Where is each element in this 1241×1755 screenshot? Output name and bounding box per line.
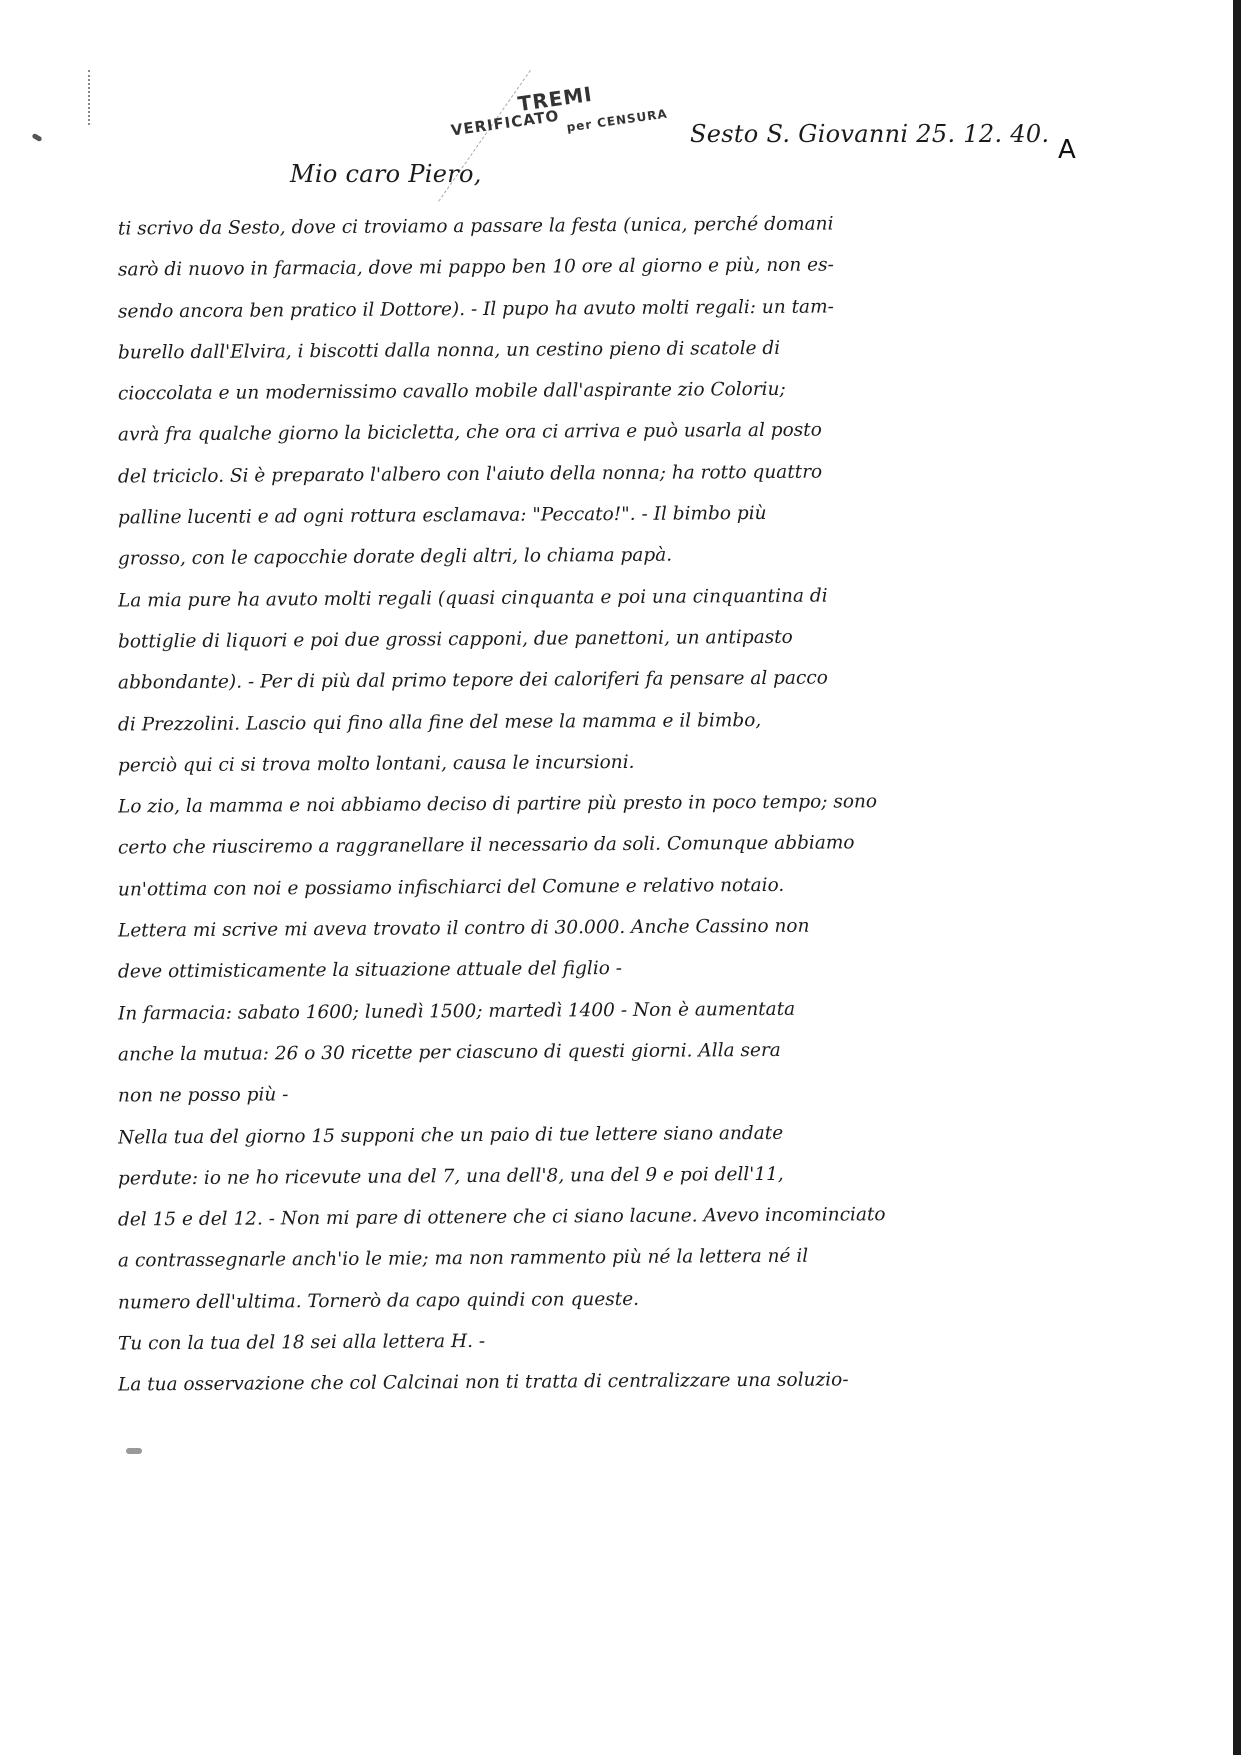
letter-line: Nella tua del giorno 15 supponi che un p… — [118, 1110, 1118, 1158]
salutation: Mio caro Piero, — [290, 160, 482, 188]
letter-line: del triciclo. Si è preparato l'albero co… — [118, 449, 1118, 497]
letter-line: certo che riusciremo a raggranellare il … — [118, 821, 1118, 869]
letter-line: avrà fra qualche giorno la bicicletta, c… — [118, 408, 1118, 456]
ink-smudge — [31, 133, 42, 142]
letter-line: bottiglie di liquori e poi due grossi ca… — [118, 614, 1118, 662]
stamp-line-3: per CENSURA — [566, 106, 669, 134]
letter-line: sendo ancora ben pratico il Dottore). - … — [118, 284, 1118, 332]
place-date: Sesto S. Giovanni 25. 12. 40. — [690, 120, 1049, 148]
ink-smudge — [126, 1448, 142, 1454]
stamp-line-2: VERIFICATO — [450, 107, 561, 140]
margin-marks — [88, 70, 92, 125]
scan-edge — [1233, 0, 1241, 1755]
letter-line: anche la mutua: 26 o 30 ricette per cias… — [118, 1027, 1118, 1075]
page-marker: A — [1058, 135, 1076, 165]
letter-line: perdute: io ne ho ricevute una del 7, un… — [118, 1151, 1118, 1199]
letter-line: un'ottima con noi e possiamo infischiarc… — [118, 862, 1118, 910]
letter-line: sarò di nuovo in farmacia, dove mi pappo… — [118, 243, 1118, 291]
letter-line: non ne posso più - — [118, 1069, 1118, 1117]
letter-line: In farmacia: sabato 1600; lunedì 1500; m… — [118, 986, 1118, 1034]
letter-line: La mia pure ha avuto molti regali (quasi… — [118, 573, 1118, 621]
letter-line: numero dell'ultima. Tornerò da capo quin… — [118, 1275, 1118, 1323]
letter-line: abbondante). - Per di più dal primo tepo… — [118, 656, 1118, 704]
letter-line: La tua osservazione che col Calcinai non… — [118, 1358, 1118, 1406]
letter-body: ti scrivo da Sesto, dove ci troviamo a p… — [118, 205, 1118, 1403]
letter-line: di Prezzolini. Lascio qui fino alla fine… — [118, 697, 1118, 745]
letter-line: burello dall'Elvira, i biscotti dalla no… — [118, 325, 1118, 373]
letter-line: deve ottimisticamente la situazione attu… — [118, 945, 1118, 993]
letter-line: ti scrivo da Sesto, dove ci troviamo a p… — [118, 202, 1118, 250]
letter-line: a contrassegnarle anch'io le mie; ma non… — [118, 1234, 1118, 1282]
letter-line: perciò qui ci si trova molto lontani, ca… — [118, 738, 1118, 786]
letter-line: grosso, con le capocchie dorate degli al… — [118, 532, 1118, 580]
letter-line: Tu con la tua del 18 sei alla lettera H.… — [118, 1317, 1118, 1365]
letter-page: TREMI VERIFICATO per CENSURA Sesto S. Gi… — [0, 0, 1241, 1755]
